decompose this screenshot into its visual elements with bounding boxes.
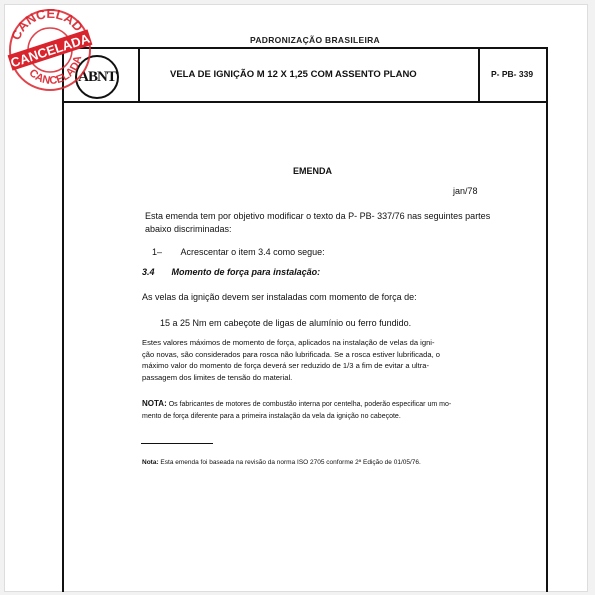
values-line: Estes valores máximos de momento de forç… xyxy=(142,337,440,349)
nota-paragraph: NOTA: Os fabricantes de motores de combu… xyxy=(142,398,451,422)
intro-line: abaixo discriminadas: xyxy=(145,223,490,236)
cancelada-stamp-icon: CANCELADA CANCELADA CANCELADA xyxy=(6,4,94,92)
code-cell-bottom xyxy=(478,101,548,103)
frame-left-border xyxy=(62,47,64,592)
nota-line: Os fabricantes de motores de combustão i… xyxy=(169,401,451,408)
values-line: máximo valor do momento de força deverá … xyxy=(142,360,440,372)
document-title: VELA DE IGNIÇÃO M 12 X 1,25 COM ASSENTO … xyxy=(170,69,417,80)
nota-line: mento de força diferente para a primeira… xyxy=(142,411,451,423)
intro-paragraph: Esta emenda tem por objetivo modificar o… xyxy=(145,210,490,235)
item-text: Acrescentar o item 3.4 como segue: xyxy=(181,247,325,257)
code-cell-top xyxy=(478,47,548,49)
install-text: As velas da ignição devem ser instaladas… xyxy=(142,291,417,304)
subsection-number: 3.4 xyxy=(142,267,155,277)
logo-cell-divider xyxy=(138,47,140,103)
frame-right-border xyxy=(546,47,548,592)
header-bottom-border xyxy=(62,101,479,103)
torque-text: 15 a 25 Nm em cabeçote de ligas de alumí… xyxy=(160,317,411,330)
values-line: ção novas, são considerados para rosca n… xyxy=(142,349,440,361)
footnote-text: Esta emenda foi baseada na revisão da no… xyxy=(160,459,420,466)
footnote-separator xyxy=(141,443,213,444)
code-cell-divider xyxy=(478,47,480,103)
document-code: P- PB- 339 xyxy=(491,69,533,79)
intro-line: Esta emenda tem por objetivo modificar o… xyxy=(145,210,490,223)
values-line: passagem dos limites de tensão do materi… xyxy=(142,372,440,384)
subsection-title: 3.4 Momento de força para instalação: xyxy=(142,266,320,279)
nota-label: NOTA: xyxy=(142,399,167,408)
subsection-label: Momento de força para instalação: xyxy=(172,267,321,277)
section-heading: EMENDA xyxy=(293,166,332,176)
footnote: Nota: Esta emenda foi baseada na revisão… xyxy=(142,459,421,466)
footnote-label: Nota: xyxy=(142,459,159,466)
header-top-label: PADRONIZAÇÃO BRASILEIRA xyxy=(250,35,380,45)
values-paragraph: Estes valores máximos de momento de forç… xyxy=(142,337,440,383)
list-item: 1– Acrescentar o item 3.4 como segue: xyxy=(152,246,325,259)
document-date: jan/78 xyxy=(453,186,478,196)
header-top-border xyxy=(62,47,479,49)
item-number: 1– xyxy=(152,247,162,257)
